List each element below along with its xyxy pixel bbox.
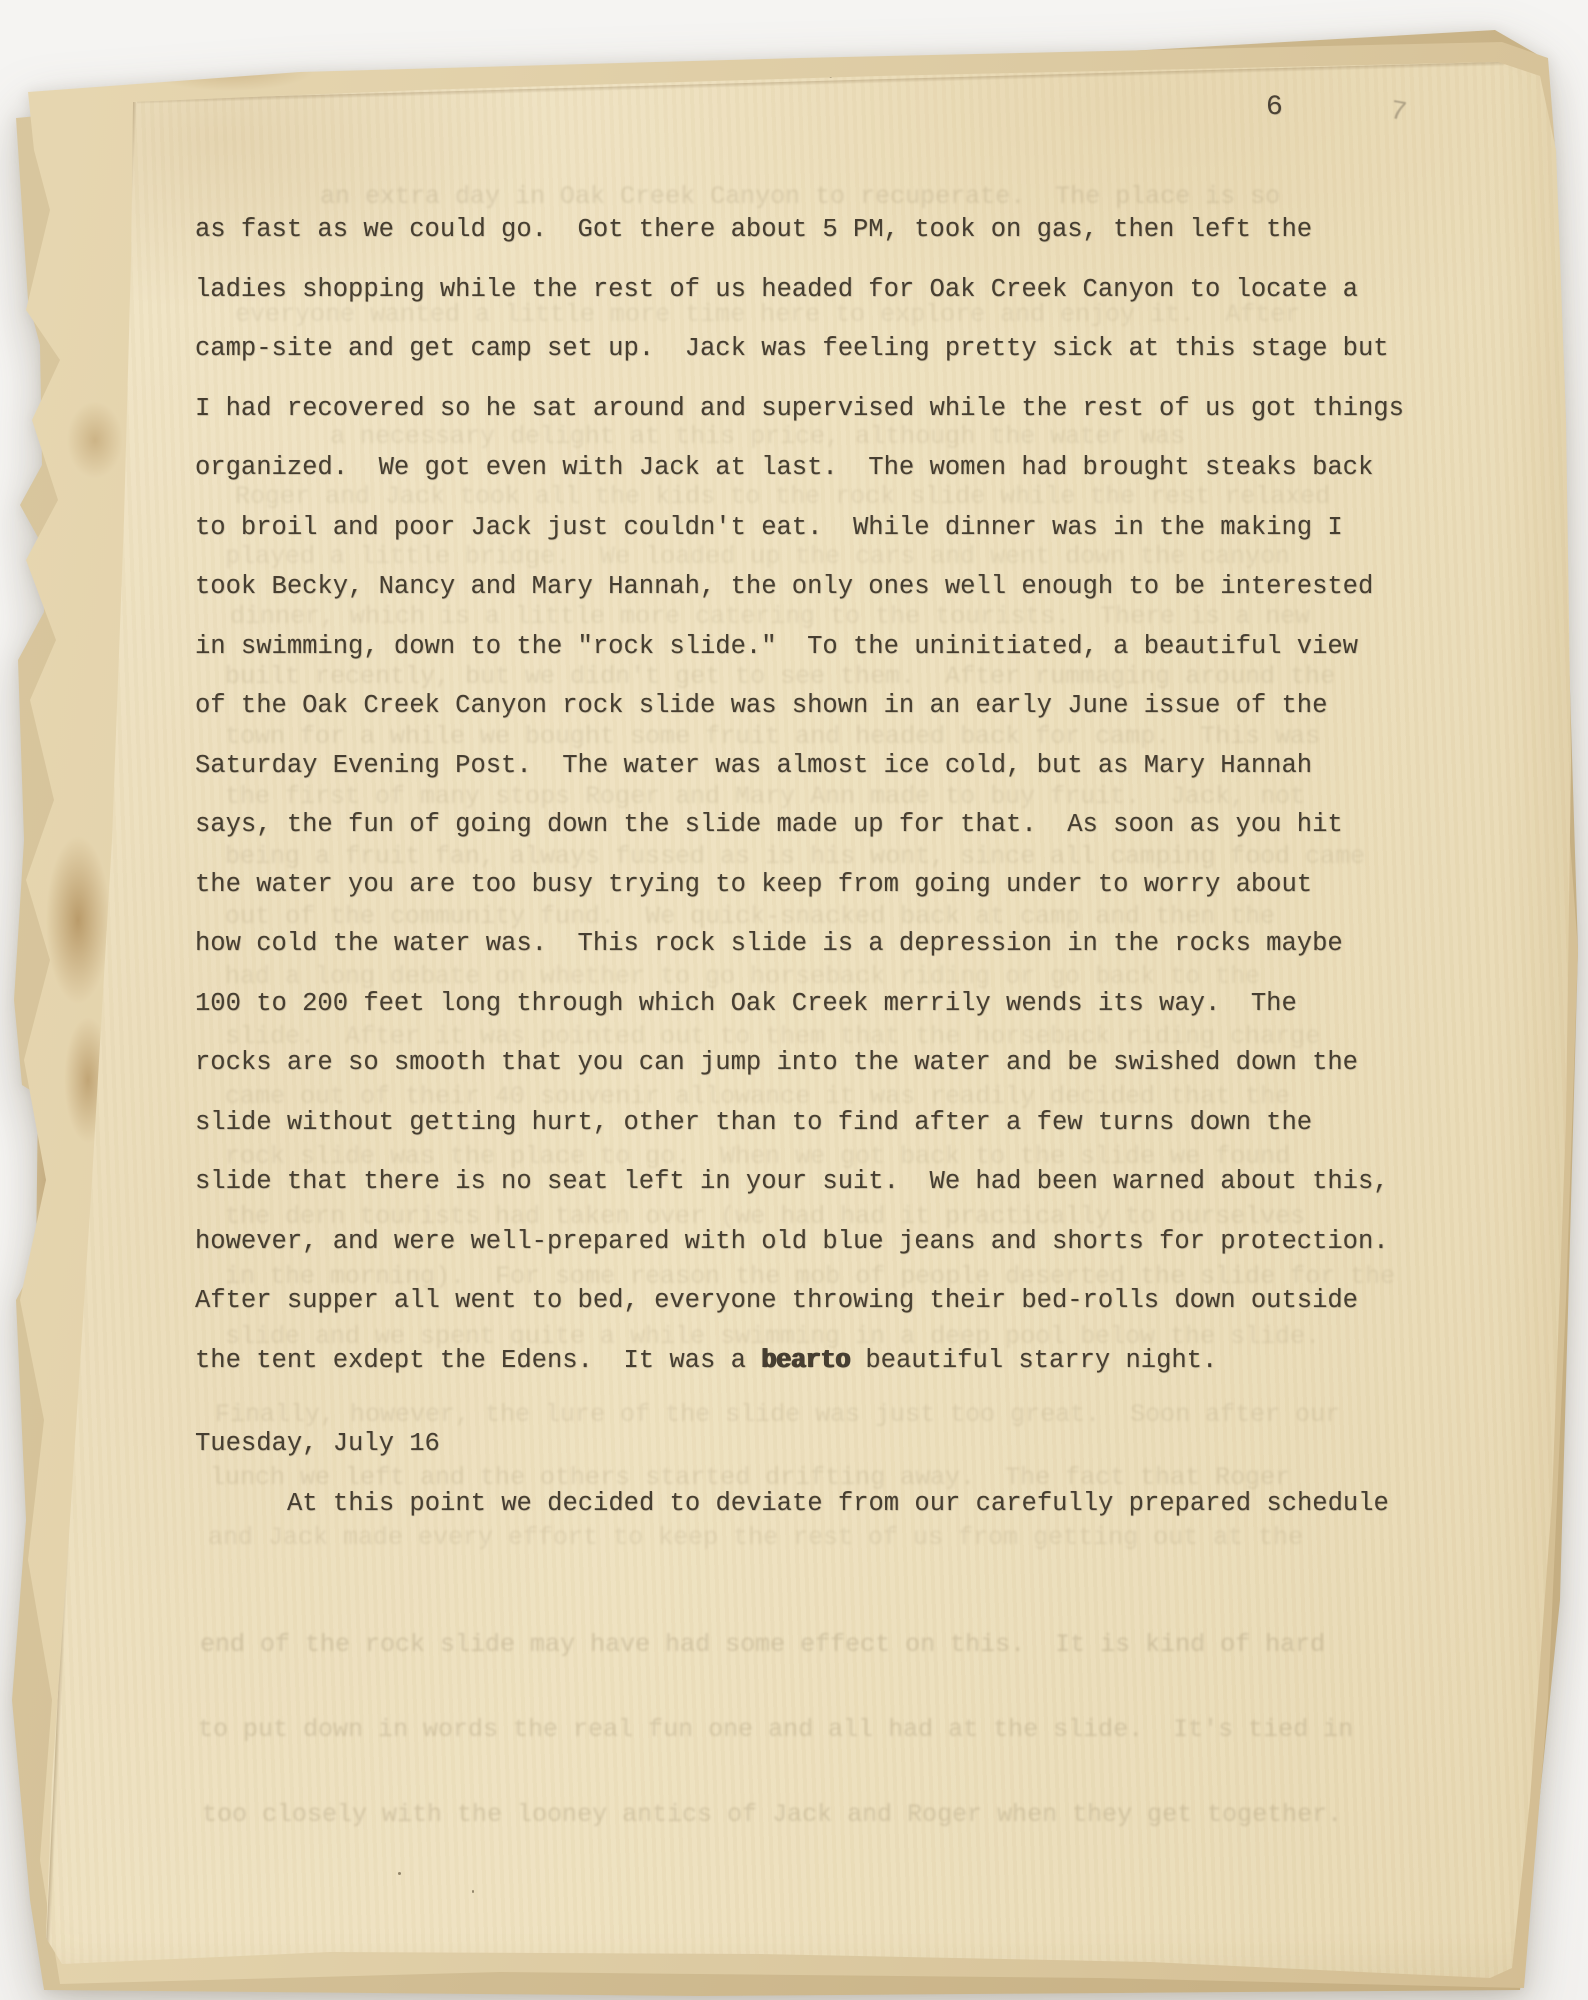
overstruck-word: bearto	[761, 1346, 850, 1375]
pencil-annotation: 7	[1388, 97, 1409, 129]
typed-line: After supper all went to bed, everyone t…	[195, 1271, 1404, 1331]
typed-text: beautiful starry night.	[850, 1346, 1217, 1375]
page-number: 6	[1265, 92, 1283, 124]
typed-line: ladies shopping while the rest of us hea…	[195, 260, 1404, 320]
bleedthrough-line: too closely with the looney antics of Ja…	[202, 1800, 1342, 1830]
typed-line: says, the fun of going down the slide ma…	[195, 795, 1404, 855]
typed-line: organized. We got even with Jack at last…	[195, 438, 1404, 498]
paper-speck	[1228, 640, 1230, 642]
paper-speck	[472, 1890, 474, 1893]
typed-line: 100 to 200 feet long through which Oak C…	[195, 974, 1404, 1034]
typewritten-paragraph: as fast as we could go. Got there about …	[195, 200, 1404, 1390]
typed-line: how cold the water was. This rock slide …	[195, 914, 1404, 974]
typed-line: of the Oak Creek Canyon rock slide was s…	[195, 676, 1404, 736]
typed-text: the tent exdept the Edens. It was a	[195, 1346, 761, 1375]
typed-line: the water you are too busy trying to kee…	[195, 855, 1404, 915]
typed-line: camp-site and get camp set up. Jack was …	[195, 319, 1404, 379]
typed-line: however, and were well-prepared with old…	[195, 1212, 1404, 1272]
bleedthrough-line: end of the rock slide may have had some …	[200, 1630, 1325, 1660]
paper-stack: 6 7 an extra day in Oak Creek Canyon to …	[0, 0, 1588, 2000]
closing-line: At this point we decided to deviate from…	[287, 1474, 1389, 1534]
bleedthrough-line: to put down in words the real fun one an…	[198, 1715, 1353, 1745]
date-heading: Tuesday, July 16	[195, 1414, 440, 1474]
document-page: 6 7 an extra day in Oak Creek Canyon to …	[0, 0, 1588, 2000]
paper-speck	[398, 1872, 401, 1875]
typed-line: Saturday Evening Post. The water was alm…	[195, 736, 1404, 796]
typed-line: slide that there is no seat left in your…	[195, 1152, 1404, 1212]
typed-line: I had recovered so he sat around and sup…	[195, 379, 1404, 439]
typed-line: took Becky, Nancy and Mary Hannah, the o…	[195, 557, 1404, 617]
typed-line: to broil and poor Jack just couldn't eat…	[195, 498, 1404, 558]
typed-line: slide without getting hurt, other than t…	[195, 1093, 1404, 1153]
typed-line: as fast as we could go. Got there about …	[195, 200, 1404, 260]
scanned-typewritten-page: 6 7 an extra day in Oak Creek Canyon to …	[0, 0, 1588, 2000]
typed-line-with-overstrike: the tent exdept the Edens. It was a bear…	[195, 1331, 1404, 1391]
typed-line: in swimming, down to the "rock slide." T…	[195, 617, 1404, 677]
typed-line: rocks are so smooth that you can jump in…	[195, 1033, 1404, 1093]
